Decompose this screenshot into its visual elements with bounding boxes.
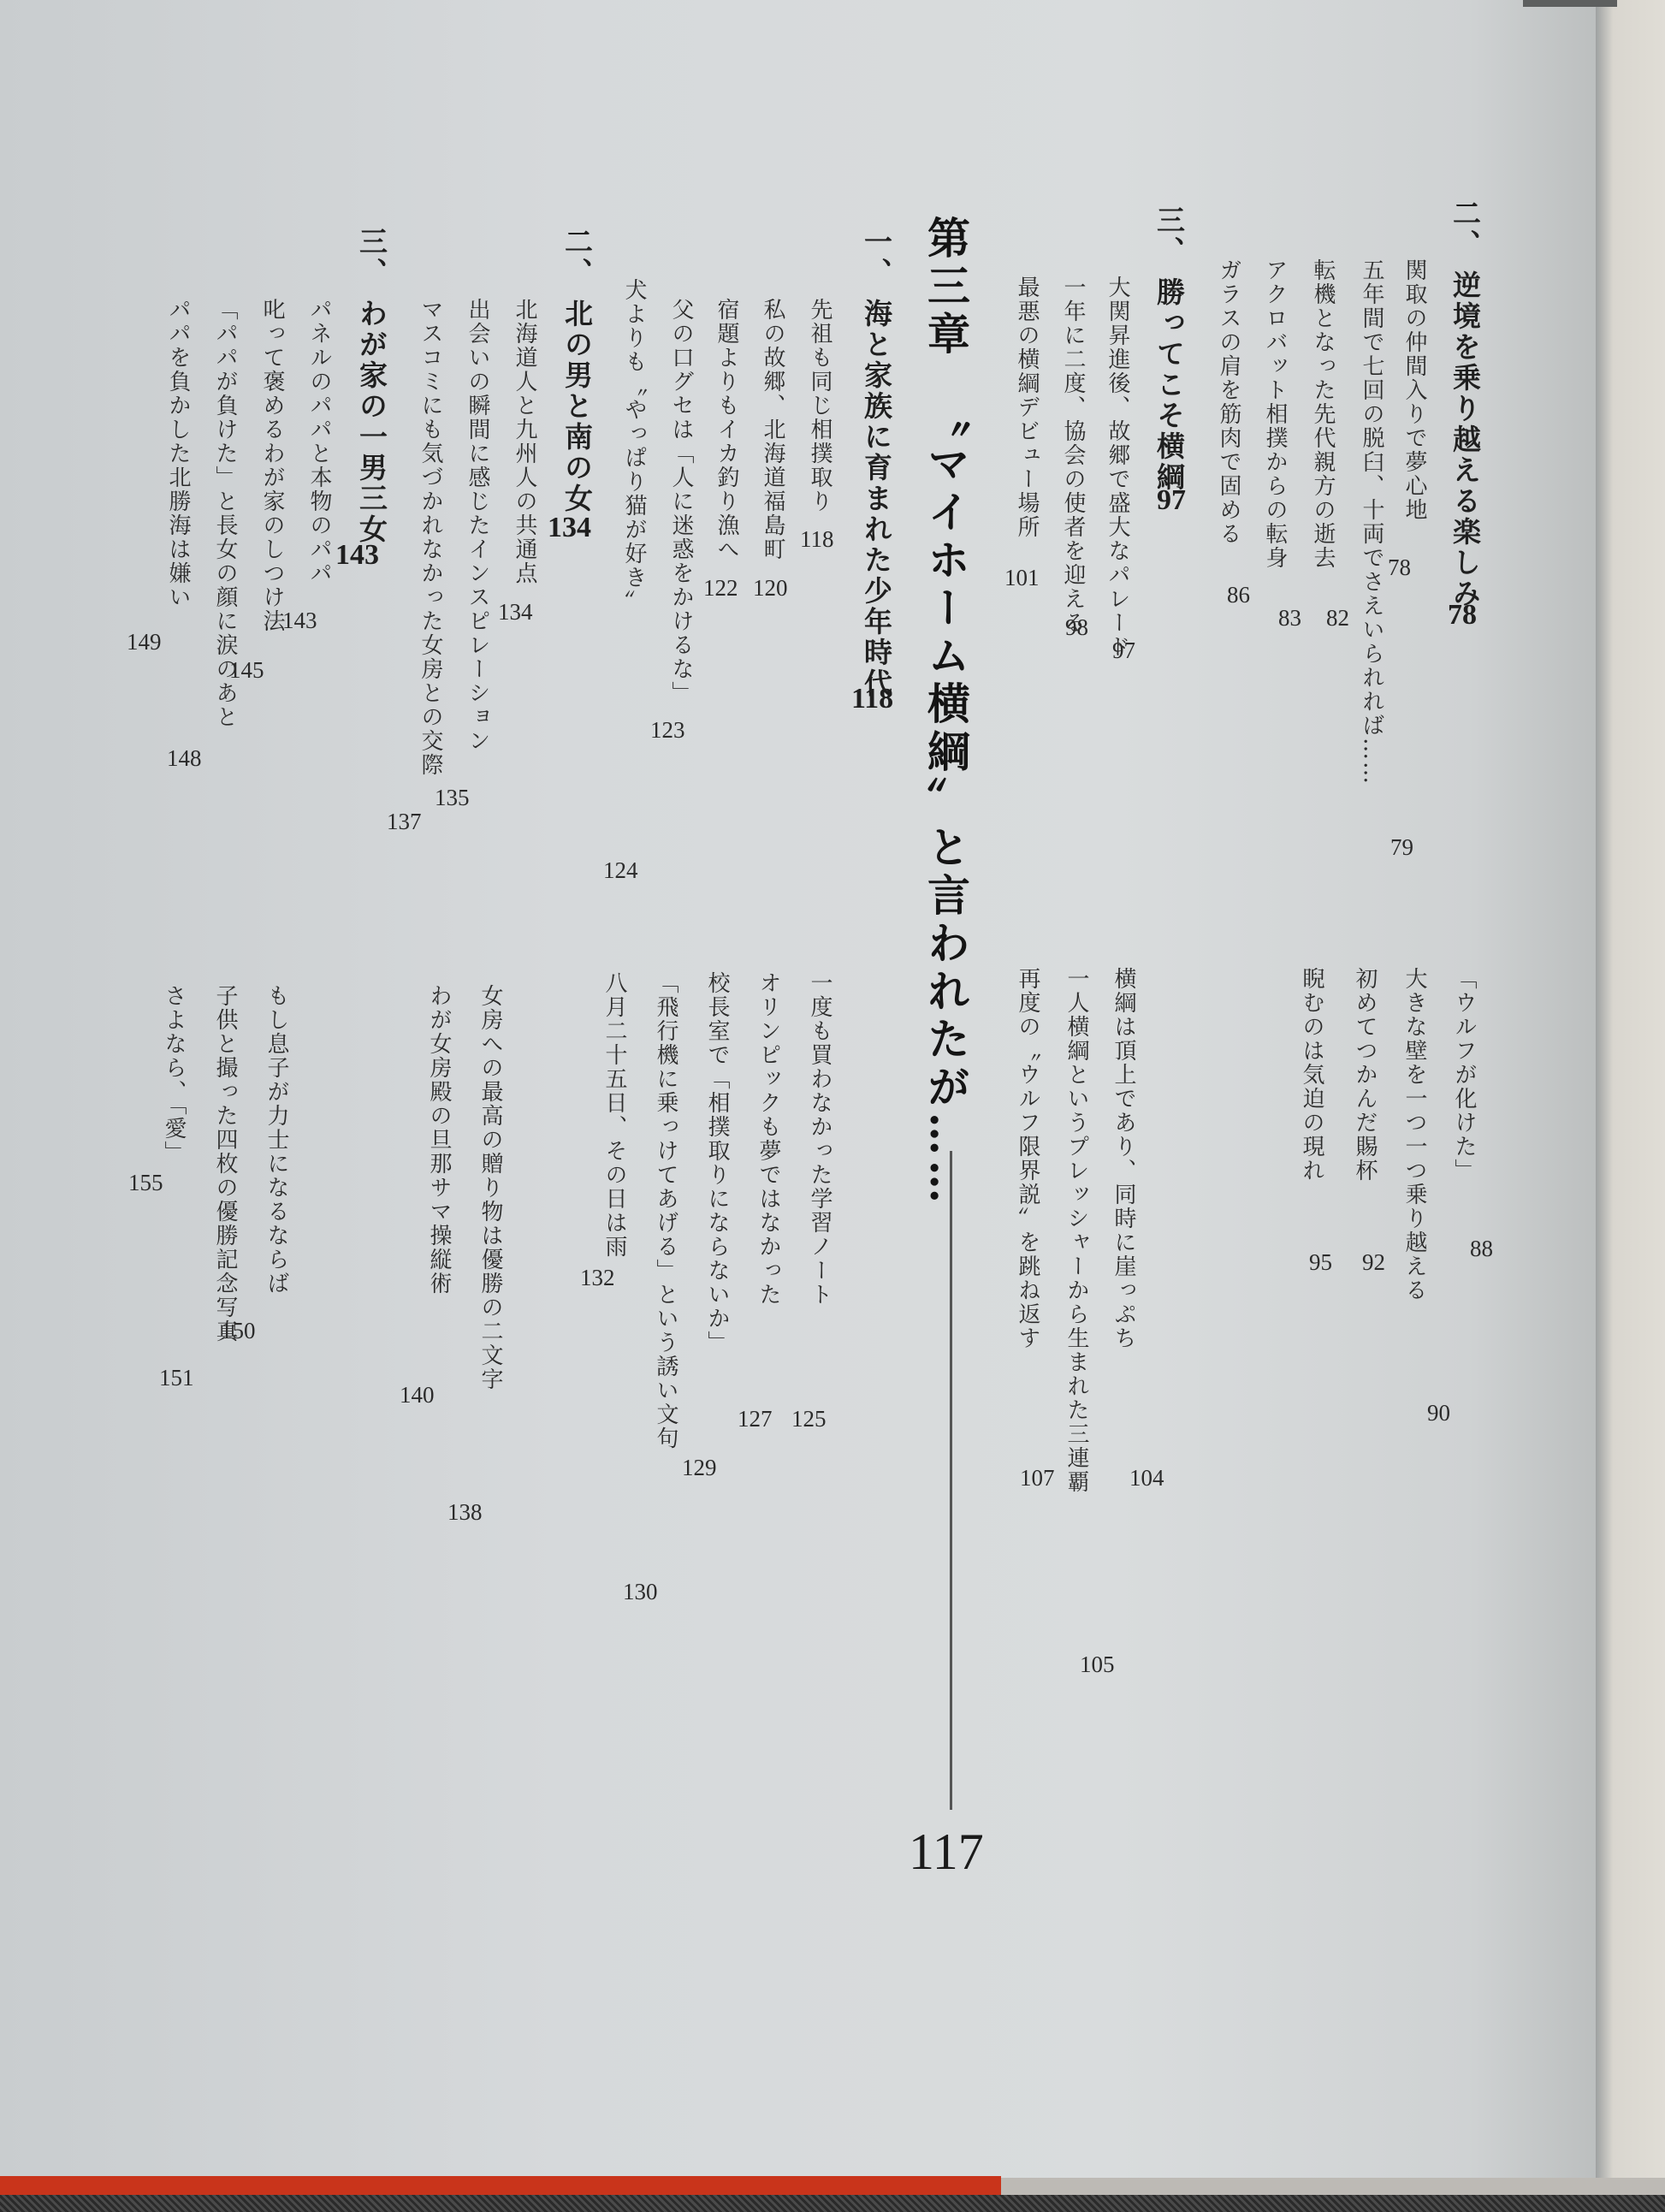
section-label: 二、	[560, 227, 594, 288]
page-edge	[1596, 0, 1665, 2212]
entry-page: 83	[1278, 605, 1301, 632]
toc-entry[interactable]: 五年間で七回の脱臼、十両でさえいられれば……	[1360, 258, 1383, 786]
section-page: 97	[1157, 484, 1186, 517]
entry-page: 148	[167, 745, 202, 772]
toc-entry[interactable]: 横綱は頂上であり、同時に崖っぷち	[1112, 967, 1135, 1350]
entry-page: 120	[753, 575, 788, 602]
entry-page: 95	[1309, 1249, 1332, 1276]
entry-page: 143	[282, 608, 317, 634]
entry-page: 97	[1112, 638, 1135, 664]
toc-entry[interactable]: 大きな壁を一つ一つ乗り越える	[1403, 967, 1425, 1302]
toc-entry[interactable]: アクロバット相撲からの転身	[1264, 258, 1286, 570]
entry-page: 140	[400, 1382, 435, 1408]
section-heading[interactable]: 三、わが家の一男三女	[358, 227, 386, 545]
entry-page: 92	[1362, 1249, 1385, 1276]
toc-entry[interactable]: 「飛行機に乗っけてあげる」という誘い文句	[655, 971, 677, 1450]
toc-entry[interactable]: 「ウルフが化けた」	[1453, 967, 1475, 1183]
entry-page: 90	[1427, 1400, 1450, 1426]
tablecloth	[0, 2195, 1665, 2212]
entry-page: 79	[1390, 834, 1413, 861]
section-title: 海と家族に育まれた少年時代	[860, 299, 893, 699]
section-heading[interactable]: 二、逆境を乗り越える楽しみ	[1451, 199, 1479, 609]
toc-entry[interactable]: 父の口グセは「人に迷惑をかけるな」	[670, 298, 692, 705]
section-label: 三、	[1152, 205, 1186, 267]
cover-grey-band	[1001, 2178, 1665, 2195]
entry-page: 132	[580, 1265, 615, 1291]
toc-entry[interactable]: 一度も買わなかった学習ノート	[809, 971, 831, 1307]
entry-page: 101	[1004, 565, 1040, 591]
toc-entry[interactable]: 北海道人と九州人の共通点	[513, 298, 536, 585]
toc-entry[interactable]: パパを負かした北勝海は嫌い	[167, 298, 189, 609]
toc-entry[interactable]: さよなら、「愛」	[163, 984, 185, 1165]
entry-page: 130	[623, 1579, 658, 1605]
section-page: 134	[548, 512, 591, 544]
toc-entry[interactable]: 先祖も同じ相撲取り	[809, 298, 831, 513]
section-page: 78	[1448, 599, 1477, 632]
toc-entry[interactable]: もし息子が力士になるならば	[265, 984, 287, 1296]
entry-page: 78	[1388, 554, 1411, 581]
entry-page: 86	[1227, 582, 1250, 608]
section-page: 118	[851, 683, 893, 715]
toc-entry[interactable]: 再度の〝ウルフ限界説〟を跳ね返す	[1016, 967, 1039, 1350]
toc-entry[interactable]: オリンピックも夢ではなかった	[757, 971, 779, 1307]
entry-page: 127	[738, 1406, 773, 1432]
section-title: 逆境を乗り越える楽しみ	[1449, 270, 1482, 609]
section-page: 143	[335, 539, 379, 572]
entry-page: 125	[791, 1406, 827, 1432]
top-shadow	[1523, 0, 1617, 7]
entry-page: 155	[128, 1170, 163, 1196]
chapter-title[interactable]: 第三章〝マイホーム横綱〟と言われたが……	[924, 216, 967, 1208]
section-heading[interactable]: 一、海と家族に育まれた少年時代	[862, 227, 891, 699]
entry-page: 105	[1080, 1652, 1115, 1678]
section-label: 一、	[860, 227, 893, 288]
toc-entry[interactable]: 関取の仲間入りで夢心地	[1403, 258, 1425, 522]
entry-page: 82	[1326, 605, 1349, 632]
toc-entry[interactable]: 転機となった先代親方の逝去	[1312, 258, 1334, 570]
entry-page: 151	[159, 1365, 194, 1391]
toc-entry[interactable]: 八月二十五日、その日は雨	[603, 971, 625, 1259]
entry-page: 124	[603, 857, 638, 884]
chapter-name: 〝マイホーム横綱〟と言われたが……	[921, 394, 971, 1208]
toc-entry[interactable]: 子供と撮った四枚の優勝記念写真	[214, 984, 236, 1343]
toc-entry[interactable]: ガラスの肩を筋肉で固める	[1218, 258, 1240, 546]
entry-page: 149	[127, 629, 162, 655]
cover-red-band	[0, 2176, 1001, 2195]
toc-entry[interactable]: 初めてつかんだ賜杯	[1354, 967, 1376, 1183]
entry-page: 98	[1065, 614, 1088, 641]
chapter-label: 第三章	[921, 216, 971, 359]
toc-entry[interactable]: 私の故郷、北海道福島町	[761, 298, 784, 561]
section-heading[interactable]: 二、北の男と南の女	[563, 227, 591, 514]
toc-entry[interactable]: 「パパが負けた」と長女の顔に涙のあと	[214, 298, 236, 729]
entry-page: 122	[703, 575, 738, 602]
toc-entry[interactable]: 最悪の横綱デビュー場所	[1016, 276, 1038, 539]
chapter-rule	[950, 1151, 952, 1810]
section-label: 三、	[355, 227, 388, 288]
section-title: 北の男と南の女	[560, 299, 594, 514]
section-heading[interactable]: 三、勝ってこそ横綱	[1155, 205, 1183, 493]
toc-entry[interactable]: 一人横綱というプレッシャーから生まれた三連覇	[1065, 967, 1087, 1494]
entry-page: 134	[498, 599, 533, 626]
page-number: 117	[909, 1823, 984, 1882]
toc-entry[interactable]: わが女房殿の旦那サマ操縦術	[428, 984, 450, 1296]
toc-entry[interactable]: 校長室で「相撲取りにならないか」	[706, 971, 728, 1355]
section-title: 勝ってこそ横綱	[1152, 277, 1186, 493]
entry-page: 123	[650, 717, 685, 744]
entry-page: 104	[1129, 1465, 1164, 1491]
toc-entry[interactable]: 女房への最高の贈り物は優勝の二文字	[479, 984, 501, 1391]
entry-page: 107	[1020, 1465, 1055, 1491]
toc-entry[interactable]: マスコミにも気づかれなかった女房との交際	[419, 298, 441, 777]
section-title: わが家の一男三女	[355, 299, 388, 545]
entry-page: 129	[682, 1455, 717, 1481]
toc-entry[interactable]: パネルのパパと本物のパパ	[308, 298, 330, 585]
toc-entry[interactable]: 大関昇進後、故郷で盛大なパレード	[1106, 276, 1129, 659]
entry-page: 118	[800, 526, 834, 553]
entry-page: 138	[447, 1499, 483, 1526]
toc-entry[interactable]: 叱って褒めるわが家のしつけ法	[261, 298, 283, 633]
toc-entry[interactable]: 出会いの瞬間に感じたインスピレーション	[466, 298, 489, 753]
section-label: 二、	[1449, 199, 1482, 260]
toc-entry[interactable]: 睨むのは気迫の現れ	[1301, 967, 1323, 1183]
toc-entry[interactable]: 犬よりも〝やっぱり猫が好き〟	[623, 278, 645, 614]
entry-page: 137	[387, 809, 422, 835]
toc-entry[interactable]: 宿題よりもイカ釣り漁へ	[715, 298, 738, 561]
toc-entry[interactable]: 一年に二度、協会の使者を迎える	[1062, 276, 1084, 635]
entry-page: 135	[435, 785, 470, 811]
entry-page: 88	[1470, 1236, 1493, 1262]
